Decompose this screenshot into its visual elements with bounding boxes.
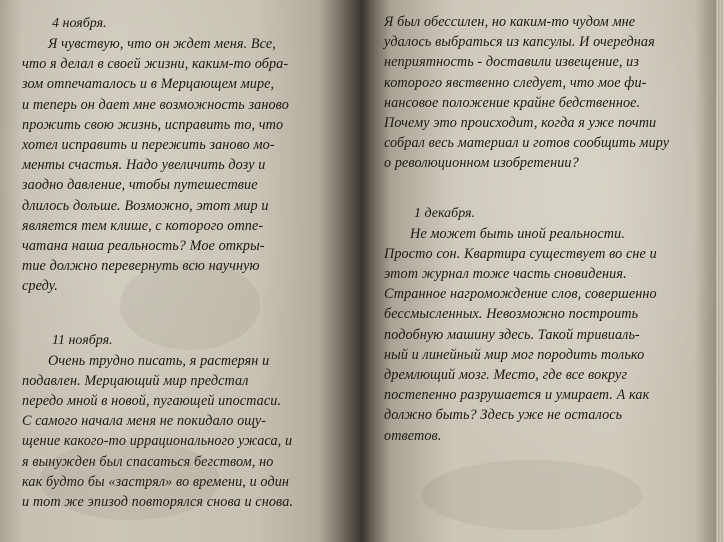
text-line: щение какого-то иррационального ужаса, и — [22, 431, 340, 451]
entry-date-nov-4: 4 ноября. — [22, 14, 340, 34]
text-line: дремлющий мозг. Место, где все вокруг — [384, 365, 694, 385]
text-line: о революционном изобретении? — [384, 153, 694, 173]
text-line: этот журнал тоже часть сновидения. — [384, 264, 694, 284]
text-line: Странное нагромождение слов, совершенно — [384, 284, 694, 304]
open-journal: 4 ноября. Я чувствую, что он ждет меня. … — [0, 0, 724, 542]
text-line: и тот же эпизод повторялся снова и снова… — [22, 492, 340, 512]
page-stack-edge — [716, 0, 724, 542]
text-line: заодно давление, чтобы путешествие — [22, 175, 340, 195]
entry-body-continuation: Я был обессилен, но каким-то чудом мне у… — [384, 12, 694, 174]
text-line: постепенно разрушается и умирает. А как — [384, 385, 694, 405]
text-line: Я чувствую, что он ждет меня. Все, — [22, 34, 340, 54]
text-line: ный и линейный мир мог породить только — [384, 345, 694, 365]
text-line: передо мной в новой, пугающей ипостаси. — [22, 391, 340, 411]
text-line: прожить свою жизнь, исправить то, что — [22, 115, 340, 135]
text-line: среду. — [22, 276, 340, 296]
entry-body-nov-11: Очень трудно писать, я растерян и подавл… — [22, 351, 340, 513]
text-line: бессмысленных. Невозможно построить — [384, 304, 694, 324]
text-line: должно быть? Здесь уже не осталось — [384, 405, 694, 425]
text-line: зом отпечаталось и в Мерцающем мире, — [22, 74, 340, 94]
text-line: ответов. — [384, 426, 694, 446]
text-line: тие должно перевернуть всю научную — [22, 256, 340, 276]
text-line: Просто сон. Квартира существует во сне и — [384, 244, 694, 264]
text-line: как будто бы «застрял» во времени, и оди… — [22, 472, 340, 492]
text-line: удалось выбраться из капсулы. И очередна… — [384, 32, 694, 52]
entry-date-dec-1: 1 декабря. — [384, 204, 694, 224]
journal-right-page: Я был обессилен, но каким-то чудом мне у… — [362, 0, 724, 542]
text-line: нансовое положение крайне бедственное. — [384, 93, 694, 113]
entry-date-nov-11: 11 ноября. — [22, 331, 340, 351]
text-line: менты счастья. Надо увеличить дозу и — [22, 155, 340, 175]
text-line: С самого начала меня не покидало ощу- — [22, 411, 340, 431]
text-line: является тем клише, с которого отпе- — [22, 216, 340, 236]
text-line: собрал весь материал и готов сообщить ми… — [384, 133, 694, 153]
text-line: Очень трудно писать, я растерян и — [22, 351, 340, 371]
entry-body-nov-4: Я чувствую, что он ждет меня. Все, что я… — [22, 34, 340, 297]
text-line: я вынужден был спасаться бегством, но — [22, 452, 340, 472]
text-line: длилось дольше. Возможно, этот мир и — [22, 196, 340, 216]
entry-body-dec-1: Не может быть иной реальности. Просто со… — [384, 224, 694, 446]
text-line: что я делал в своей жизни, каким-то обра… — [22, 54, 340, 74]
text-line: Я был обессилен, но каким-то чудом мне — [384, 12, 694, 32]
text-line: хотел исправить и пережить заново мо- — [22, 135, 340, 155]
text-line: которого явственно следует, что мое фи- — [384, 73, 694, 93]
text-line: Не может быть иной реальности. — [384, 224, 694, 244]
text-line: и теперь он дает мне возможность заново — [22, 95, 340, 115]
journal-left-page: 4 ноября. Я чувствую, что он ждет меня. … — [0, 0, 362, 542]
text-line: неприятность - доставили извещение, из — [384, 52, 694, 72]
text-line: подавлен. Мерцающий мир предстал — [22, 371, 340, 391]
text-line: чатана наша реальность? Мое откры- — [22, 236, 340, 256]
text-line: Почему это происходит, когда я уже почти — [384, 113, 694, 133]
text-line: подобную машину здесь. Такой тривиаль- — [384, 325, 694, 345]
